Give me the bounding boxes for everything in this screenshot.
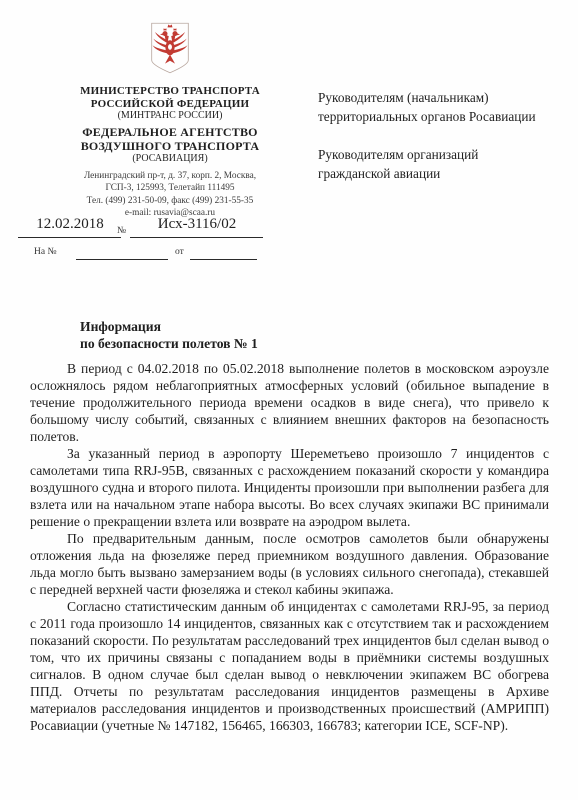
addressee-line: территориальных органов Росавиации xyxy=(318,107,563,126)
body-paragraph: За указанный период в аэропорту Шереметь… xyxy=(30,445,549,530)
address-line: Ленинградский пр-т, д. 37, корп. 2, Моск… xyxy=(25,170,315,182)
ministry-short-name: (МИНТРАНС РОССИИ) xyxy=(25,110,315,122)
addressee-line: гражданской авиации xyxy=(318,164,563,183)
addressee-group: Руководителям организаций гражданской ав… xyxy=(318,145,563,183)
reply-from-label: от xyxy=(175,247,184,257)
agency-name-line: ВОЗДУШНОГО ТРАНСПОРТА xyxy=(25,140,315,154)
body-paragraph: По предварительным данным, после осмотро… xyxy=(30,530,549,598)
addressee-line: Руководителям организаций xyxy=(318,145,563,164)
reply-date-underline xyxy=(190,259,257,260)
letter-number: Исх-3116/02 xyxy=(132,216,262,233)
reference-block: 12.02.2018 № Исх-3116/02 На № от xyxy=(16,215,306,265)
reply-to-label: На № xyxy=(34,247,57,257)
reply-number-underline xyxy=(76,259,168,260)
ministry-name-line: МИНИСТЕРСТВО ТРАНСПОРТА xyxy=(25,85,315,98)
agency-name-line: ФЕДЕРАЛЬНОЕ АГЕНТСТВО xyxy=(25,126,315,140)
sender-address-block: Ленинградский пр-т, д. 37, корп. 2, Моск… xyxy=(25,170,315,219)
document-title-line: Информация xyxy=(80,319,258,336)
addressee-block: Руководителям (начальникам) территориаль… xyxy=(318,88,563,202)
sender-header-block: МИНИСТЕРСТВО ТРАНСПОРТА РОССИЙСКОЙ ФЕДЕР… xyxy=(25,22,315,219)
address-line: Тел. (499) 231-50-09, факс (499) 231-55-… xyxy=(25,195,315,207)
letter-body: В период с 04.02.2018 по 05.02.2018 выпо… xyxy=(30,360,549,734)
date-underline xyxy=(18,237,121,238)
number-underline xyxy=(130,237,263,238)
address-line: ГСП-3, 125993, Телетайп 111495 xyxy=(25,182,315,194)
russia-coat-of-arms-icon xyxy=(149,22,191,74)
body-paragraph: Согласно статистическим данным об инциде… xyxy=(30,598,549,734)
scanned-letter-page: МИНИСТЕРСТВО ТРАНСПОРТА РОССИЙСКОЙ ФЕДЕР… xyxy=(0,0,578,800)
document-title-line: по безопасности полетов № 1 xyxy=(80,336,258,353)
number-sign-label: № xyxy=(117,226,126,236)
ministry-name-line: РОССИЙСКОЙ ФЕДЕРАЦИИ xyxy=(25,98,315,111)
document-title: Информация по безопасности полетов № 1 xyxy=(80,319,258,352)
addressee-line: Руководителям (начальникам) xyxy=(318,88,563,107)
letter-date: 12.02.2018 xyxy=(20,216,120,233)
agency-short-name: (РОСАВИАЦИЯ) xyxy=(25,153,315,165)
body-paragraph: В период с 04.02.2018 по 05.02.2018 выпо… xyxy=(30,360,549,445)
addressee-group: Руководителям (начальникам) территориаль… xyxy=(318,88,563,126)
